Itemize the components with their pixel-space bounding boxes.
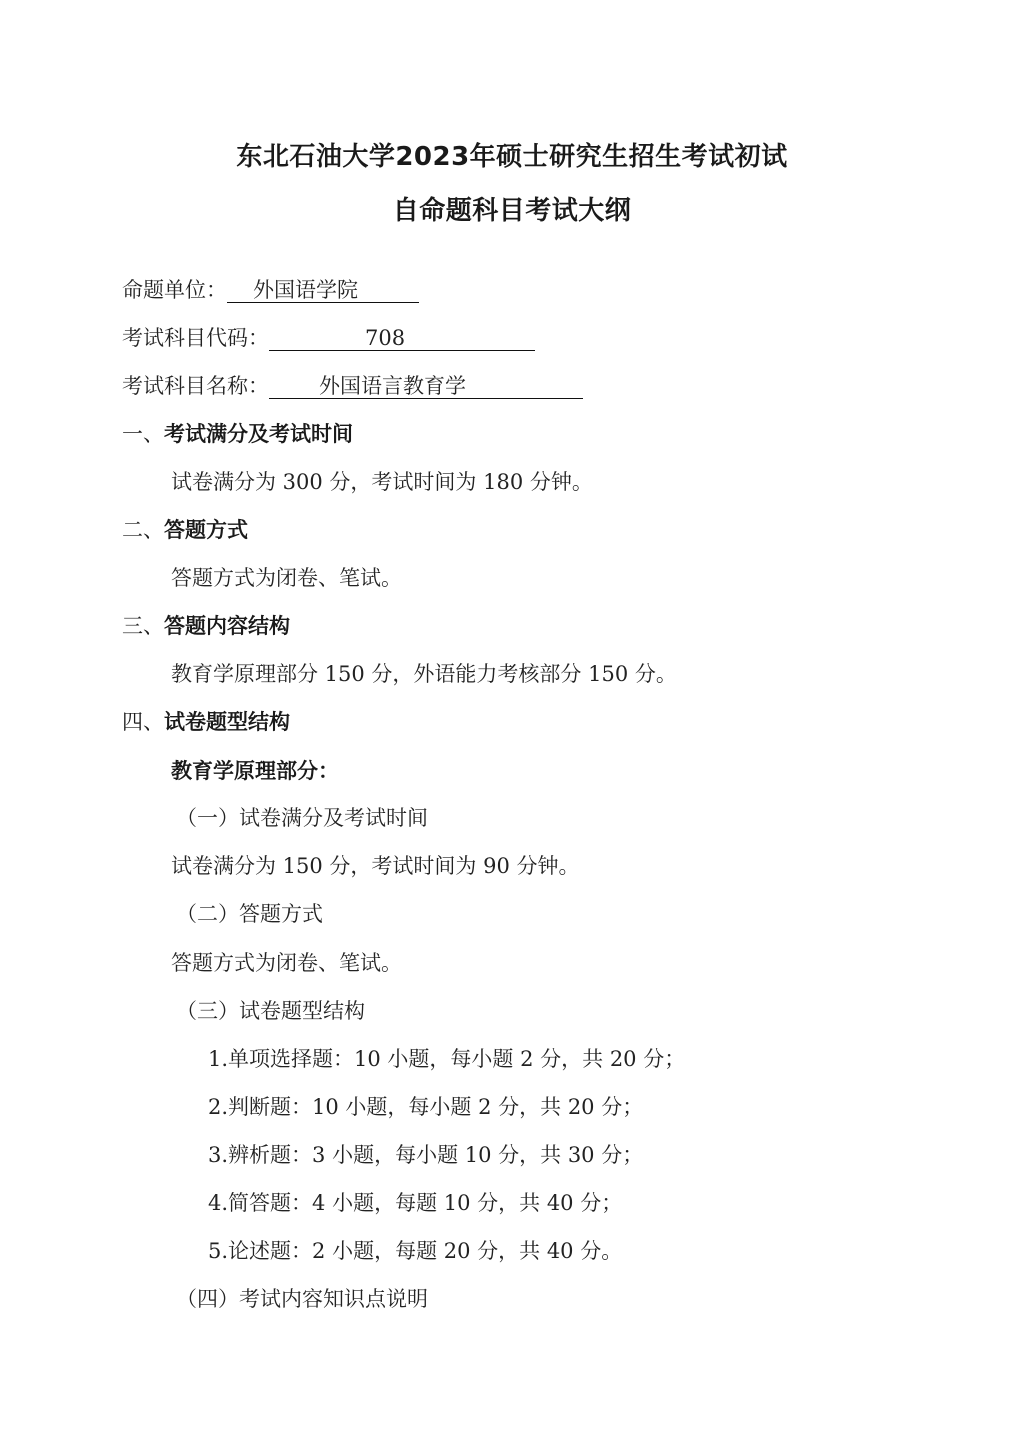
question-type-item: 4.简答题：4 小题，每题 10 分，共 40 分；	[208, 1189, 622, 1217]
document-title-line1: 东北石油大学2023年硕士研究生招生考试初试	[0, 136, 1024, 173]
section-heading-3: 三、答题内容结构	[122, 612, 290, 640]
field-subject-code: 考试科目代码：708	[122, 324, 535, 352]
section-title: 试卷题型结构	[164, 710, 290, 734]
question-type-item: 3.辨析题：3 小题，每小题 10 分，共 30 分；	[208, 1141, 643, 1169]
field-subject-name: 考试科目名称：外国语言教育学	[122, 372, 583, 400]
field-value: 外国语学院	[227, 278, 419, 303]
question-type-item: 5.论述题：2 小题，每题 20 分，共 40 分。	[208, 1237, 622, 1265]
field-label: 考试科目代码：	[122, 324, 269, 352]
section-number: 二、	[122, 518, 164, 542]
document-page: 东北石油大学2023年硕士研究生招生考试初试 自命题科目考试大纲 命题单位：外国…	[0, 0, 1024, 1448]
section-heading-4: 四、试卷题型结构	[122, 708, 290, 736]
subsection-heading-1: （一）试卷满分及考试时间	[176, 804, 428, 832]
subsection-heading-4: （四）考试内容知识点说明	[176, 1285, 428, 1313]
section-number: 三、	[122, 614, 164, 638]
subsection-heading-2: （二）答题方式	[176, 900, 323, 928]
section-number: 一、	[122, 422, 164, 446]
section-title: 答题内容结构	[164, 614, 290, 638]
section-heading-2: 二、答题方式	[122, 516, 248, 544]
section-title: 考试满分及考试时间	[164, 422, 353, 446]
field-label: 命题单位：	[122, 276, 227, 304]
section-title: 答题方式	[164, 518, 248, 542]
field-value: 708	[269, 326, 535, 351]
subsection-heading-3: （三）试卷题型结构	[176, 997, 365, 1025]
field-proposing-unit: 命题单位：外国语学院	[122, 276, 419, 304]
section-body-1: 试卷满分为 300 分，考试时间为 180 分钟。	[171, 468, 593, 496]
section-body-2: 答题方式为闭卷、笔试。	[171, 564, 402, 592]
section-body-3: 教育学原理部分 150 分，外语能力考核部分 150 分。	[171, 660, 677, 688]
section-number: 四、	[122, 710, 164, 734]
subsection-body-2: 答题方式为闭卷、笔试。	[171, 949, 402, 977]
field-value: 外国语言教育学	[269, 374, 583, 399]
document-title-line2: 自命题科目考试大纲	[0, 190, 1024, 227]
subsection-body-1: 试卷满分为 150 分，考试时间为 90 分钟。	[171, 852, 580, 880]
section-heading-1: 一、考试满分及考试时间	[122, 420, 353, 448]
question-type-item: 1.单项选择题：10 小题，每小题 2 分，共 20 分；	[208, 1045, 685, 1073]
field-label: 考试科目名称：	[122, 372, 269, 400]
part-title: 教育学原理部分：	[171, 757, 339, 785]
question-type-item: 2.判断题：10 小题，每小题 2 分，共 20 分；	[208, 1093, 643, 1121]
